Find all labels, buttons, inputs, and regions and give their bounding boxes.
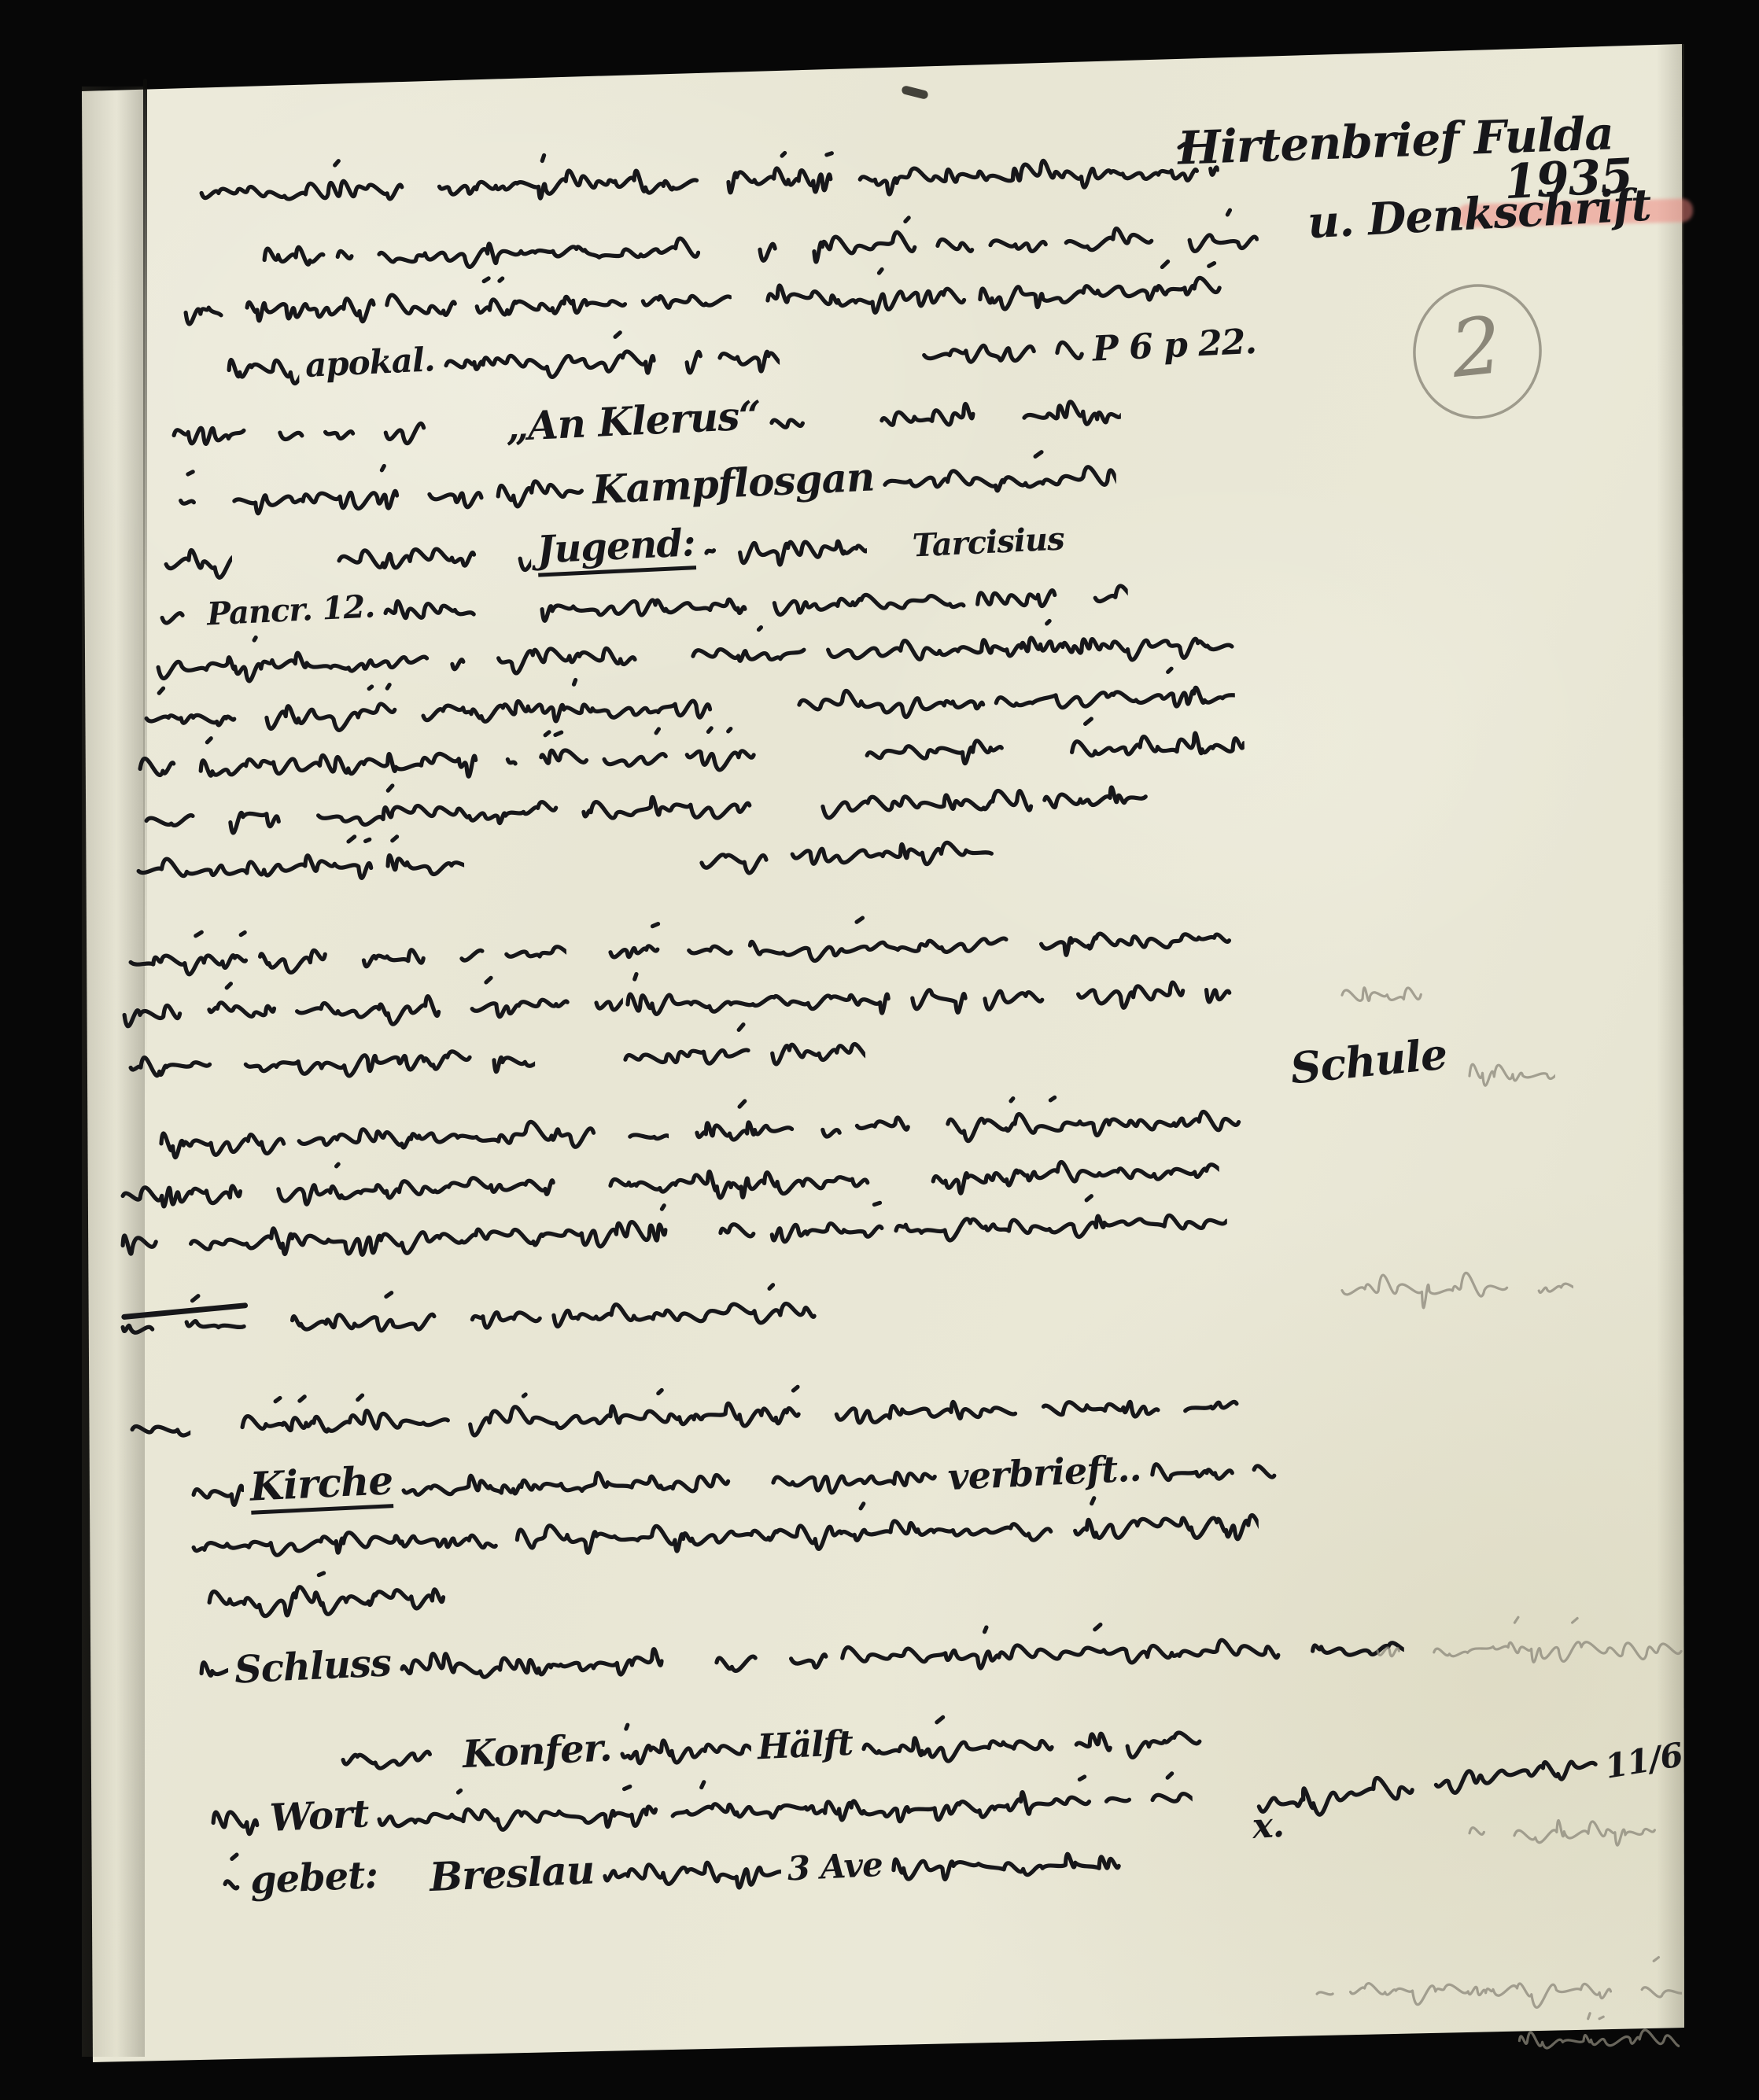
stroke-path [728,143,1218,197]
margin-note-pencil [1491,2004,1680,2071]
stroke-path [194,1486,243,1505]
page-number-circle: 2 [1408,281,1547,421]
word-gap [755,798,818,808]
stroke-path [882,400,1122,428]
word-gap [700,174,724,182]
stroke-path [242,1377,1237,1440]
pencil-scribble [1491,2004,1680,2071]
stroke-path [402,1649,662,1678]
word-gap [732,293,763,301]
legible-word: Tarcisius [912,523,1064,562]
word-gap [665,1654,712,1663]
scan-background: { "colors": { "background": "#070707", "… [0,0,1759,2100]
legible-word: „An Klerus“ [505,396,761,447]
strikethrough-stroke [124,1306,245,1317]
stroke-path [1470,1820,1654,1845]
word-gap [804,746,835,754]
word-gap [384,1872,423,1881]
shorthand-stroke [581,1011,866,1091]
word-gap [190,1419,238,1428]
stroke-path [767,260,1219,315]
stroke-path [343,1752,452,1770]
stroke-path [720,1193,1227,1245]
stroke-path [174,423,424,448]
word-gap [669,1125,692,1133]
stroke-path [162,613,201,624]
word-gap [429,420,500,429]
stroke-path [131,1049,536,1081]
stroke-path [605,1861,782,1890]
pencil-scribble [1465,1787,1661,1870]
legible-word: Hälft [757,1726,854,1766]
shorthand-stroke [133,823,465,904]
paper-edge-shade [1657,44,1684,2028]
stroke-path [1342,1273,1573,1307]
margin-note-pencil [1337,953,1424,1028]
shorthand-stroke [605,812,1000,893]
shorthand-stroke [117,1192,685,1278]
stroke-path [885,451,1118,493]
word-gap [684,1225,716,1233]
word-gap [779,348,897,358]
pencil-scribble [1337,953,1424,1028]
stroke-path [1342,988,1421,1001]
legible-word: Schluss [234,1644,392,1689]
legible-word: Breslau [429,1850,595,1897]
page-number: 2 [1447,306,1506,389]
steno-line [117,1271,827,1360]
word-gap [846,412,877,421]
stroke-path [208,1571,444,1617]
word-gap [739,697,795,706]
stroke-path [625,1022,866,1067]
stroke-path [1152,1462,1274,1480]
margin-note-pencil [1465,1787,1661,1870]
word-gap [559,1177,606,1186]
stroke-path [132,1425,191,1437]
legible-word: P 6 p 22. [1091,325,1256,367]
stroke-path [1519,2013,1680,2048]
word-gap [641,648,688,657]
legible-word: Kampflosgan [592,457,875,510]
stroke-path [166,549,233,578]
word-gap [535,1050,582,1059]
stroke-path [193,1494,1259,1562]
stroke-path [180,462,582,515]
shorthand-stroke [117,1283,253,1360]
stroke-path [924,342,1082,363]
shorthand-stroke [125,1018,536,1100]
stroke-path [1470,1064,1555,1085]
margin-note-pencil [1465,1032,1555,1111]
stroke-path [138,834,465,883]
margin-note-ink: Schule [1289,1034,1448,1088]
steno-line [125,1011,866,1100]
word-gap [737,1475,769,1483]
shorthand-stroke [127,1387,191,1462]
pencil-scribble [1373,1604,1687,1687]
shorthand-stroke [251,1271,827,1357]
stroke-path [622,1722,753,1764]
shorthand-stroke [715,1181,1228,1266]
stroke-path [213,1811,257,1835]
steno-line [204,1557,449,1635]
stroke-path [894,1853,1119,1881]
stroke-path [122,1205,684,1260]
stroke-path [866,716,1244,765]
shorthand-stroke [888,1824,1126,1903]
legible-word: Konfer. [462,1729,612,1774]
word-gap [566,944,606,952]
stroke-path [292,1283,827,1332]
word-gap [464,853,606,864]
stroke-path [224,1855,237,1888]
margin-note-pencil [1337,1231,1573,1337]
shorthand-stroke [196,1631,229,1706]
shorthand-stroke [396,1623,666,1702]
margin-note-ink: x. [1252,1808,1284,1844]
legible-word: x. [1252,1808,1285,1844]
shorthand-stroke [204,1557,449,1635]
stroke-path [702,842,992,874]
stroke-path [864,1712,1200,1763]
stroke-path [379,1771,1193,1832]
stroke-path [445,330,780,380]
shorthand-stroke [711,1607,1405,1695]
stroke-path [627,962,1230,1019]
margin-note-pencil [1373,1604,1687,1687]
shorthand-stroke [599,1831,782,1909]
legible-word: gebet: [249,1856,378,1900]
stroke-path [1317,1958,1682,2008]
shorthand-stroke [219,1842,245,1917]
stroke-path [772,418,841,427]
pencil-scribble [1337,1231,1573,1337]
stroke-path [201,1662,229,1676]
legible-word: 3 Ave [787,1848,883,1886]
stroke-path [201,152,697,205]
word-gap [700,241,755,250]
stroke-path [229,359,300,385]
stroke-path [1377,1617,1681,1662]
pencil-scribble [1465,1032,1555,1111]
stroke-path [185,273,730,325]
legible-word: Wort [269,1795,370,1837]
legible-word: apokal. [304,343,435,382]
stroke-path [404,1470,738,1498]
word-gap [867,540,906,549]
stroke-path [716,1618,1404,1674]
word-gap [232,552,334,562]
